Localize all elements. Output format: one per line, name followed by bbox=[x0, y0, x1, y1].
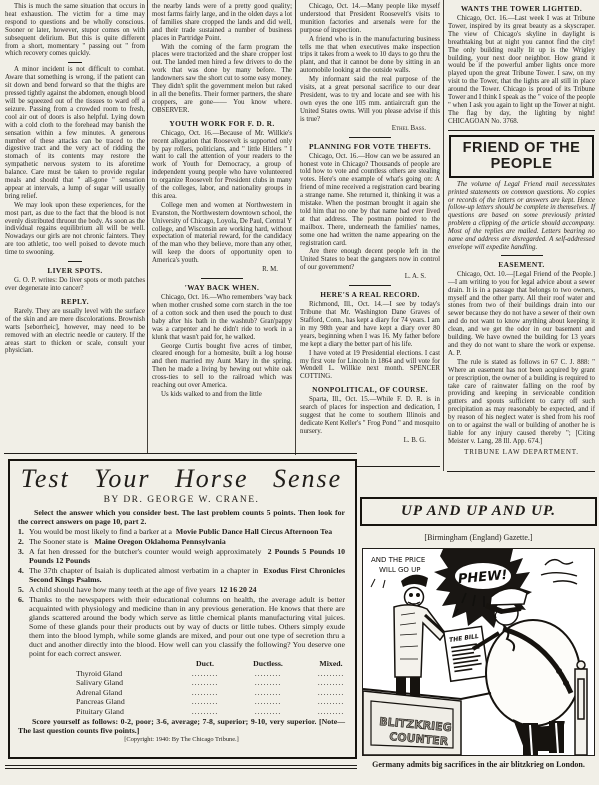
answer-blank: ......... bbox=[176, 707, 234, 717]
article-column-1: This is much the same situation that occ… bbox=[5, 3, 145, 356]
question-text: Thanks to the newspapers with their educ… bbox=[29, 595, 345, 658]
article-paragraph: I have voted at 19 Presidential election… bbox=[300, 350, 440, 382]
railing-post bbox=[575, 661, 587, 755]
column-divider bbox=[443, 0, 444, 471]
question-options: Maine Oregon Oklahoma Pennsylvania bbox=[94, 537, 225, 546]
quiz-question-1: 1. You would be most likely to find a ba… bbox=[18, 527, 345, 536]
section-heading: 'WAY BACK WHEN. bbox=[152, 283, 292, 292]
price-sign-line2: WILL GO UP bbox=[379, 566, 421, 574]
answer-blank: ......... bbox=[234, 669, 302, 679]
article-paragraph: Us kids walked to and from the little bbox=[152, 391, 292, 399]
gland-name: Salivary Gland bbox=[18, 678, 176, 688]
bottom-rule bbox=[5, 765, 357, 769]
ornament-divider bbox=[201, 278, 243, 279]
quiz-question-2: 2. The Sooner state is Maine Oregon Okla… bbox=[18, 537, 345, 546]
newspaper-page: This is much the same situation that occ… bbox=[0, 0, 599, 785]
quiz-instructions: Select the answer which you consider bes… bbox=[18, 508, 345, 526]
ornament-divider bbox=[68, 261, 82, 262]
copyright-line: [Copyright: 1940: By The Chicago Tribune… bbox=[18, 736, 345, 743]
feature-title: FRIEND OF THE PEOPLE bbox=[453, 140, 590, 172]
article-paragraph: My informant said the real purpose of th… bbox=[300, 76, 440, 123]
cartoon-illustration: PHEW! AND THE PRICE WILL GO UP bbox=[363, 549, 594, 755]
article-paragraph: Sparta, Ill., Oct. 15.—While F. D. R. is… bbox=[300, 396, 440, 436]
gland-name: Pancreas Gland bbox=[18, 697, 176, 707]
article-paragraph: G. O. P. writes: Do liver spots or moth … bbox=[5, 277, 145, 293]
letter-signature: Ethel Bass. bbox=[300, 125, 440, 133]
column-divider bbox=[147, 0, 148, 453]
gland-name: Pituitary Gland bbox=[18, 707, 176, 717]
quiz-question-6: 6. Thanks to the newspapers with their e… bbox=[18, 595, 345, 658]
article-paragraph: Are there enough decent people left in t… bbox=[300, 248, 440, 272]
quiz-title: Test Your Horse Sense bbox=[18, 465, 345, 493]
answer-blank: ......... bbox=[302, 688, 360, 698]
editorial-note: The volume of Legal Friend mail necessit… bbox=[448, 181, 595, 252]
column-divider bbox=[295, 0, 296, 455]
question-number: 2. bbox=[18, 537, 29, 546]
table-row: Pituitary Gland ......... ......... ....… bbox=[18, 707, 345, 717]
article-column-4: WANTS THE TOWER LIGHTED. Chicago, Oct. 1… bbox=[448, 3, 595, 456]
section-heading: REPLY. bbox=[5, 297, 145, 306]
section-heading: NONPOLITICAL, OF COURSE. bbox=[300, 385, 440, 394]
question-number: 5. bbox=[18, 585, 29, 594]
cartoon-attribution: [Birmingham (England) Gazette.] bbox=[360, 533, 597, 542]
quiz-question-3: 3. A fat hen dressed for the butcher's c… bbox=[18, 547, 345, 565]
department-signature: TRIBUNE LAW DEPARTMENT. bbox=[448, 448, 595, 456]
column-header: Duct. bbox=[176, 659, 234, 669]
section-heading: PLANNING FOR VOTE THEFTS. bbox=[300, 142, 440, 151]
question-options: Movie Public Dance Hall Circus Afternoon… bbox=[176, 527, 332, 536]
horse-sense-quiz-box: Test Your Horse Sense BY DR. GEORGE W. C… bbox=[8, 459, 357, 759]
article-column-3: Chicago, Oct. 14.—Many people like mysel… bbox=[300, 3, 440, 445]
letter-signature: L. B. G. bbox=[300, 437, 440, 445]
table-header-row: Duct. Ductless. Mixed. bbox=[18, 659, 345, 669]
article-paragraph: Richmond, Ill., Oct. 14.—I see by today'… bbox=[300, 301, 440, 348]
friend-of-the-people-box: FRIEND OF THE PEOPLE bbox=[449, 135, 594, 178]
column-header: Ductless. bbox=[234, 659, 302, 669]
answer-blank: ......... bbox=[234, 697, 302, 707]
question-number: 1. bbox=[18, 527, 29, 536]
quiz-scoring-note: Score yourself as follows: 0-2, poor; 3-… bbox=[18, 717, 345, 735]
answer-blank: ......... bbox=[302, 697, 360, 707]
cartoon-title-box: UP AND UP AND UP. bbox=[360, 497, 597, 526]
section-rule bbox=[448, 130, 595, 131]
question-number: 4. bbox=[18, 566, 29, 584]
section-heading: YOUTH WORK FOR F. D. R. bbox=[152, 119, 292, 128]
the-bill-paper: THE BILL bbox=[444, 626, 489, 681]
section-heading: EASEMENT. bbox=[448, 260, 595, 269]
legal-citation-paragraph: The rule is stated as follows in 67 C. J… bbox=[448, 359, 595, 446]
article-paragraph: Chicago, Oct. 16.—Because of Mr. Willkie… bbox=[152, 130, 292, 201]
section-heading: HERE'S A REAL RECORD. bbox=[300, 290, 440, 299]
answer-blank: ......... bbox=[234, 707, 302, 717]
question-number: 6. bbox=[18, 595, 29, 658]
question-text: You would be most likely to find a barke… bbox=[29, 527, 172, 536]
article-paragraph: College men and women at Northwestern in… bbox=[152, 202, 292, 265]
table-row: Adrenal Gland ......... ......... ......… bbox=[18, 688, 345, 698]
answer-blank: ......... bbox=[302, 707, 360, 717]
gland-name: Adrenal Gland bbox=[18, 688, 176, 698]
table-row: Pancreas Gland ......... ......... .....… bbox=[18, 697, 345, 707]
table-row: Thyroid Gland ......... ......... ......… bbox=[18, 669, 345, 679]
article-paragraph: Rarely. They are usually level with the … bbox=[5, 308, 145, 355]
ornament-divider bbox=[349, 137, 391, 138]
question-text: A child should have how many teeth at th… bbox=[29, 585, 216, 594]
article-paragraph: Chicago, Oct. 16.—Who remembers 'way bac… bbox=[152, 294, 292, 341]
answer-blank: ......... bbox=[176, 688, 234, 698]
section-heading: WANTS THE TOWER LIGHTED. bbox=[448, 4, 595, 13]
article-paragraph: A minor incident is not difficult to com… bbox=[5, 66, 145, 200]
ornament-divider bbox=[501, 255, 543, 256]
ornament-divider bbox=[68, 62, 82, 63]
cartoon-frame: PHEW! AND THE PRICE WILL GO UP bbox=[362, 548, 595, 756]
answer-blank: ......... bbox=[302, 669, 360, 679]
article-paragraph: We may look upon these experiences, for … bbox=[5, 202, 145, 257]
ornament-divider bbox=[349, 285, 391, 286]
question-text: The Sooner state is bbox=[29, 537, 89, 546]
article-paragraph: Chicago, Oct. 10.—[Legal Friend of the P… bbox=[448, 271, 595, 358]
gland-classification-table: Duct. Ductless. Mixed. Thyroid Gland ...… bbox=[18, 659, 345, 716]
question-number: 3. bbox=[18, 547, 29, 565]
letter-signature: L. A. S. bbox=[300, 273, 440, 281]
section-rule bbox=[4, 453, 357, 454]
question-text: A fat hen dressed for the butcher's coun… bbox=[29, 547, 261, 556]
article-paragraph: the nearby lands were of a pretty good q… bbox=[152, 3, 292, 43]
answer-blank: ......... bbox=[234, 688, 302, 698]
article-paragraph: Chicago, Oct. 14.—Many people like mysel… bbox=[300, 3, 440, 35]
article-paragraph: George Curtis bought five acres of timbe… bbox=[152, 343, 292, 390]
answer-blank: ......... bbox=[302, 678, 360, 688]
article-paragraph: A friend who is in the manufacturing bus… bbox=[300, 36, 440, 76]
quiz-question-5: 5. A child should have how many teeth at… bbox=[18, 585, 345, 594]
answer-blank: ......... bbox=[176, 669, 234, 679]
question-options: 12 16 20 24 bbox=[220, 585, 257, 594]
article-paragraph: This is much the same situation that occ… bbox=[5, 3, 145, 58]
gland-name: Thyroid Gland bbox=[18, 669, 176, 679]
table-row: Salivary Gland ......... ......... .....… bbox=[18, 678, 345, 688]
section-heading: LIVER SPOTS. bbox=[5, 266, 145, 275]
article-paragraph: Chicago, Oct. 16.—Last week I was at Tri… bbox=[448, 15, 595, 126]
answer-blank: ......... bbox=[176, 697, 234, 707]
article-paragraph: Chicago, Oct. 16.—How can we be assured … bbox=[300, 153, 440, 248]
quiz-question-4: 4. The 37th chapter of Isaiah is duplica… bbox=[18, 566, 345, 584]
section-rule bbox=[447, 471, 595, 472]
article-paragraph: With the coming of the farm program the … bbox=[152, 44, 292, 115]
cartoon-caption: Germany admits big sacrifices in the air… bbox=[358, 760, 599, 769]
price-sign-line1: AND THE PRICE bbox=[371, 556, 425, 564]
letter-signature: R. M. bbox=[152, 266, 292, 274]
question-text: The 37th chapter of Isaiah is duplicated… bbox=[29, 566, 258, 575]
spacer bbox=[18, 659, 176, 669]
answer-blank: ......... bbox=[176, 678, 234, 688]
cartoon-title: UP AND UP AND UP. bbox=[401, 503, 556, 520]
quiz-byline: BY DR. GEORGE W. CRANE. bbox=[18, 495, 345, 505]
article-column-2: the nearby lands were of a pretty good q… bbox=[152, 3, 292, 400]
column-header: Mixed. bbox=[302, 659, 360, 669]
answer-blank: ......... bbox=[234, 678, 302, 688]
